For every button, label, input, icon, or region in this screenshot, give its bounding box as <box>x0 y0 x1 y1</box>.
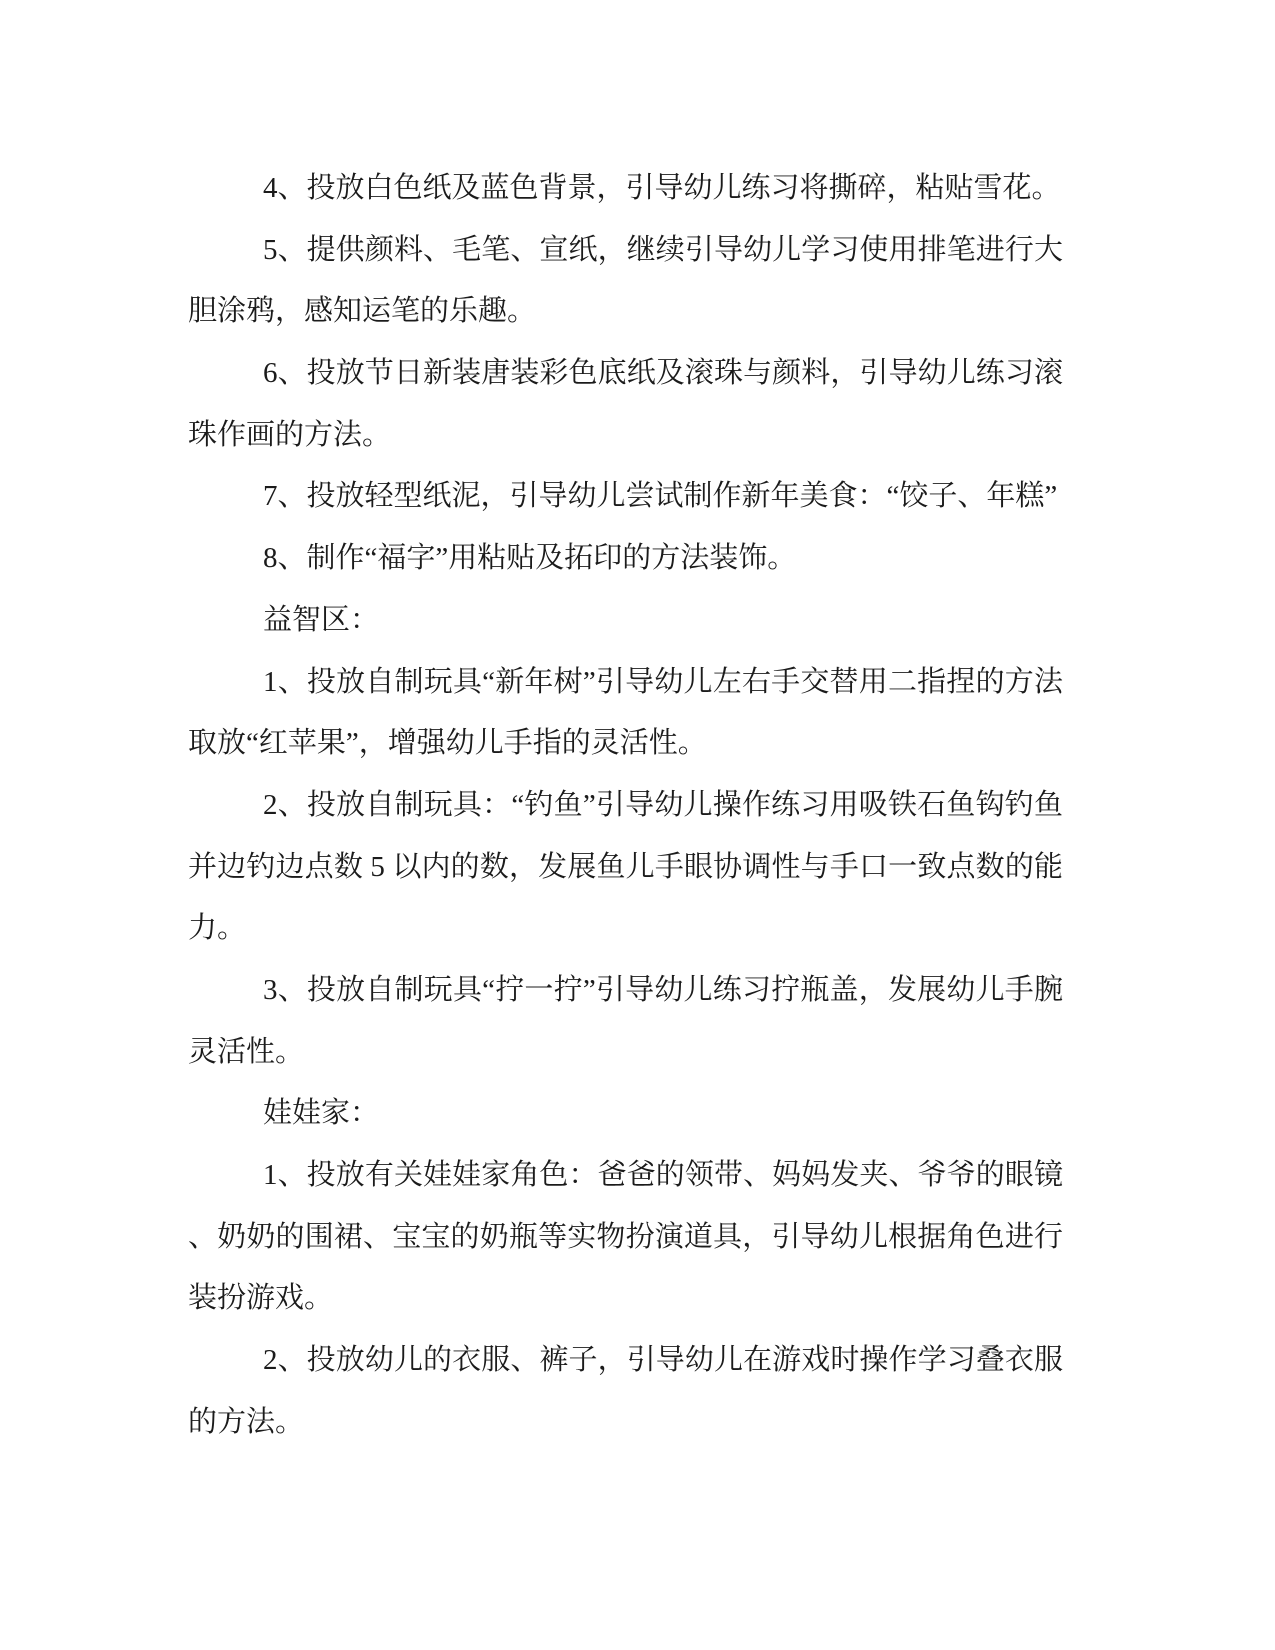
text-line: 4、投放白色纸及蓝色背景，引导幼儿练习将撕碎，粘贴雪花。 <box>188 158 1063 220</box>
text-line: 珠作画的方法。 <box>188 405 1063 467</box>
text-line: 6、投放节日新装唐装彩色底纸及滚珠与颜料，引导幼儿练习滚 <box>188 343 1063 405</box>
text-line: 取放“红苹果”，增强幼儿手指的灵活性。 <box>188 713 1063 775</box>
text-line: 、奶奶的围裙、宝宝的奶瓶等实物扮演道具，引导幼儿根据角色进行 <box>188 1207 1063 1269</box>
text-line: 胆涂鸦，感知运笔的乐趣。 <box>188 281 1063 343</box>
text-line: 力。 <box>188 898 1063 960</box>
section-heading-doll-house: 娃娃家： <box>188 1083 1063 1145</box>
text-line: 灵活性。 <box>188 1022 1063 1084</box>
text-line: 7、投放轻型纸泥，引导幼儿尝试制作新年美食：“饺子、年糕” <box>188 466 1063 528</box>
text-line: 并边钓边点数 5 以内的数，发展鱼儿手眼协调性与手口一致点数的能 <box>188 837 1063 899</box>
section-heading-puzzle-area: 益智区： <box>188 590 1063 652</box>
text-line: 的方法。 <box>188 1392 1063 1454</box>
text-line: 2、投放幼儿的衣服、裤子，引导幼儿在游戏时操作学习叠衣服 <box>188 1330 1063 1392</box>
text-line: 5、提供颜料、毛笔、宣纸，继续引导幼儿学习使用排笔进行大 <box>188 220 1063 282</box>
text-line: 2、投放自制玩具：“钓鱼”引导幼儿操作练习用吸铁石鱼钩钓鱼 <box>188 775 1063 837</box>
text-line: 1、投放有关娃娃家角色：爸爸的领带、妈妈发夹、爷爷的眼镜 <box>188 1145 1063 1207</box>
text-line: 1、投放自制玩具“新年树”引导幼儿左右手交替用二指捏的方法 <box>188 652 1063 714</box>
text-line: 3、投放自制玩具“拧一拧”引导幼儿练习拧瓶盖，发展幼儿手腕 <box>188 960 1063 1022</box>
document-text-block: 4、投放白色纸及蓝色背景，引导幼儿练习将撕碎，粘贴雪花。 5、提供颜料、毛笔、宣… <box>188 158 1063 1453</box>
text-line: 装扮游戏。 <box>188 1268 1063 1330</box>
document-page: 4、投放白色纸及蓝色背景，引导幼儿练习将撕碎，粘贴雪花。 5、提供颜料、毛笔、宣… <box>0 0 1275 1650</box>
text-line: 8、制作“福字”用粘贴及拓印的方法装饰。 <box>188 528 1063 590</box>
